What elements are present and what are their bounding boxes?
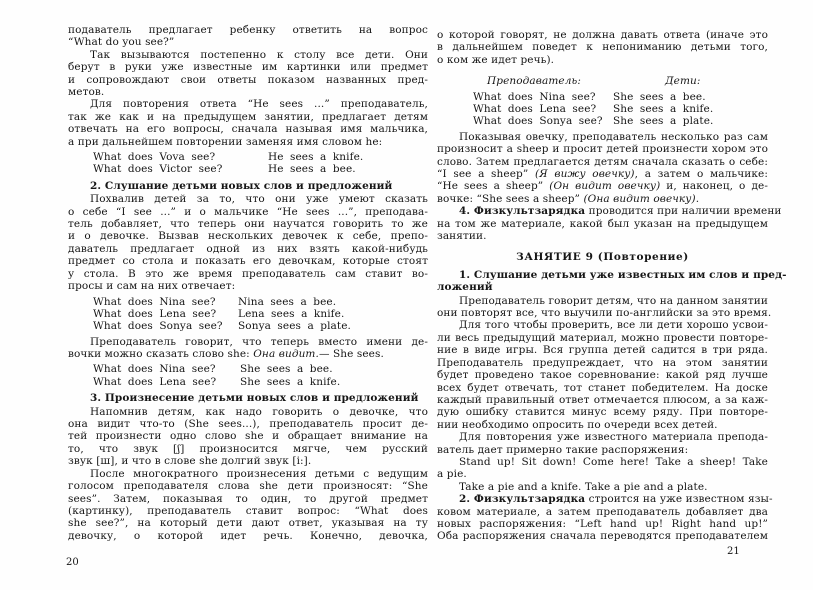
text-line: Так вызываются постепенно к столу все де… [68,49,428,61]
text-line: Преподаватель говорит детям, что на данн… [437,295,768,307]
paragraph: Показывая овечку, преподаватель нескольк… [437,131,768,205]
text-line: о которой говорят, не должна давать отве… [437,29,768,41]
italic-text: (Я вижу овечку) [535,168,635,180]
text-line: тей произнести одно слово she и обращает… [68,430,428,442]
text-line: “He sees a sheep” (Он видит овечку) и, н… [437,180,768,192]
italic-text: (Он видит овечку) [549,180,660,192]
text-line: ние в виде игры. Вся группа детей садитс… [437,344,768,356]
text-line: вочки можно сказать слово she: Она видит… [68,348,428,360]
text-segment: вочки можно сказать слово she: [68,348,253,360]
text-line: в дальнейшем поведет к непониманию детьм… [437,41,768,53]
paragraph: Похвалив детей за то, что они уже умеют … [68,193,428,292]
dialogue-question: What does Nina see? [93,296,216,308]
text-line: даватель предлагает одной из них взять к… [68,243,428,255]
dialogue-block: What does Nina see?She sees a bee.What d… [437,91,768,128]
bold-run-in-heading: 4. Физкультзарядка [459,205,585,217]
section-heading: 1. Слушание детьми уже известных им слов… [437,269,768,294]
paragraph: Преподаватель говорит, что теперь вместо… [68,336,428,361]
text-line: они повторят все, что выучили по-английс… [437,307,768,319]
dialogue-row: What does Sonya see?She sees a plate. [437,115,768,127]
text-segment: вочке: “She sees a sheep” [437,193,583,205]
text-line: на том же материале, какой был указан на… [437,218,768,230]
italic-text: (Она видит овечку) [583,193,695,205]
dialogue-answer: He sees a bee. [268,163,356,175]
dialogue-block: What does Vova see?He sees a knife.What … [68,151,428,176]
text-segment: “I see a sheep” [437,168,535,180]
text-line: то, что звук [ʃ] произносится мягче, чем… [68,443,428,455]
text-line: ватель дает примерно такие распоряжения: [437,444,768,456]
text-line: и сопровождают свои ответы показом назва… [68,74,428,86]
text-line: слово. Затем предлагается детям сначала … [437,156,768,168]
text-segment: проводится при наличии времени [585,205,781,217]
dialogue-row: What does Sonya see?Sonya sees a plate. [68,320,428,332]
paragraph: о которой говорят, не должна давать отве… [437,29,768,66]
children-column-label: Дети: [665,75,701,87]
text-line: подаватель предлагает ребенку ответить н… [68,24,428,36]
text-line: ложений [437,281,768,293]
text-line: голосом преподавателя слова she дети про… [68,480,428,492]
dialogue-question: What does Sonya see? [93,320,223,332]
dialogue-answer: She sees a plate. [613,115,713,127]
text-line: Stand up! Sit down! Come here! Take a sh… [437,456,768,468]
text-line: всех будет отвечать, тот станет победите… [437,382,768,394]
text-line: отвечать на его вопросы, сначала называя… [68,123,428,135]
text-line: и о девочке. Вызвав нескольких девочек к… [68,230,428,242]
text-line: произносит a sheep и просит детей произн… [437,143,768,155]
text-line: тель добавляет, что теперь они научатся … [68,218,428,230]
text-line: Оба распоряжения сначала переводятся пре… [437,530,768,542]
page-number-right: 21 [727,546,740,557]
text-line: новых распоряжения: “Left hand up! Right… [437,518,768,530]
text-line: у стола. В это же время преподаватель са… [68,268,428,280]
text-line: 2. Физкультзарядка строится на уже извес… [437,493,768,505]
paragraph: Так вызываются постепенно к столу все де… [68,49,428,99]
dialogue-answer: She sees a knife. [240,376,340,388]
dialogue-row: What does Lena see?She sees a knife. [68,376,428,388]
text-line: she see?”, на который дети дают ответ, у… [68,517,428,529]
text-line: Для повторения ответа “He sees ...” преп… [68,98,428,110]
dialogue-row: What does Nina see?Nina sees a bee. [68,296,428,308]
text-line: 4. Физкультзарядка проводится при наличи… [437,205,768,217]
dialogue-row: What does Lena see?She sees a knife. [437,103,768,115]
text-line: Для повторения уже известного материала … [437,431,768,443]
dialogue-block: What does Nina see?Nina sees a bee.What … [68,296,428,333]
text-line: a pie. [437,468,768,480]
text-line: вочке: “She sees a sheep” (Она видит ове… [437,193,768,205]
speaker-columns-header: Преподаватель:Дети: [437,75,768,87]
text-line: будет проведено такое соревнование: како… [437,369,768,381]
text-segment: , а затем о мальчике: [635,168,768,180]
text-line: каждый правильный ответ отмечается плюсо… [437,394,768,406]
text-line: дую ошибку ставится минус всему ряду. Пр… [437,406,768,418]
dialogue-row: What does Victor see?He sees a bee. [68,163,428,175]
section-heading: 2. Слушание детьми новых слов и предложе… [68,180,428,192]
paragraph: Stand up! Sit down! Come here! Take a sh… [437,456,768,481]
text-line: берут в руки уже известные им картинки и… [68,61,428,73]
text-segment: — She sees. [319,348,384,360]
text-line: sees”. Затем, показывая то один, то друг… [68,493,428,505]
dialogue-question: What does Lena see? [93,308,216,320]
text-line: ковом материале, а затем преподаватель д… [437,506,768,518]
dialogue-question: What does Lena see? [473,103,596,115]
text-line: Преподаватель предупреждает, что на этом… [437,357,768,369]
section-heading: 3. Произнесение детьми новых слов и пред… [68,392,428,404]
paragraph: Для повторения уже известного материала … [437,431,768,456]
dialogue-answer: She sees a bee. [613,91,706,103]
lesson-heading: ЗАНЯТИЕ 9 (Повторение) [437,251,768,263]
bold-run-in-heading: 2. Физкультзарядка [459,493,585,505]
text-line: “I see a sheep” (Я вижу овечку), а затем… [437,168,768,180]
text-segment: . [696,193,699,205]
italic-text: Она видит. [253,348,319,360]
page-right: о которой говорят, не должна давать отве… [437,29,768,543]
dialogue-row: What does Vova see?He sees a knife. [68,151,428,163]
dialogue-answer: She sees a knife. [613,103,713,115]
text-line: ли весь предыдущий материал, можно прове… [437,332,768,344]
paragraph: подаватель предлагает ребенку ответить н… [68,24,428,49]
text-line: (картинку), преподаватель ставит вопрос:… [68,505,428,517]
text-line: Похвалив детей за то, что они уже умеют … [68,193,428,205]
teacher-column-label: Преподаватель: [487,75,581,87]
text-line: 2. Слушание детьми новых слов и предложе… [68,180,428,192]
paragraph: Take a pie and a knife. Take a pie and a… [437,481,768,493]
dialogue-row: What does Lena see?Lena sees a knife. [68,308,428,320]
text-line: о ком же идет речь). [437,54,768,66]
paragraph: После многократного произнесения детьми … [68,468,428,542]
dialogue-question: What does Victor see? [93,163,222,175]
text-segment: и, наконец, о де- [660,180,768,192]
text-line: 3. Произнесение детьми новых слов и пред… [68,392,428,404]
text-line: просы и сам на них отвечает: [68,280,428,292]
text-line: предмет со стола и показать его девочкам… [68,255,428,267]
text-line: Показывая овечку, преподаватель нескольк… [437,131,768,143]
dialogue-question: What does Lena see? [93,376,216,388]
dialogue-row: What does Nina see?She sees a bee. [68,363,428,375]
text-line: занятии. [437,230,768,242]
dialogue-answer: Lena sees a knife. [238,308,344,320]
paragraph: Для того чтобы проверить, все ли дети хо… [437,319,768,431]
page-number-left: 20 [66,557,79,568]
text-line: так же как и на предыдущем занятии, пред… [68,111,428,123]
text-line: она видит что-то (She sees...), преподав… [68,418,428,430]
dialogue-answer: He sees a knife. [268,151,363,163]
paragraph: Для повторения ответа “He sees ...” преп… [68,98,428,148]
dialogue-answer: Nina sees a bee. [238,296,336,308]
text-line: а при дальнейшем повторении заменяя имя … [68,136,428,148]
text-line: метов. [68,86,428,98]
text-line: Take a pie and a knife. Take a pie and a… [437,481,768,493]
text-line: звук [ш], и что в слове she долгий звук … [68,455,428,467]
text-line: 1. Слушание детьми уже известных им слов… [437,269,768,281]
dialogue-question: What does Sonya see? [473,115,603,127]
dialogue-row: What does Nina see?She sees a bee. [437,91,768,103]
dialogue-question: What does Nina see? [473,91,596,103]
dialogue-question: What does Vova see? [93,151,215,163]
dialogue-question: What does Nina see? [93,363,216,375]
paragraph: 2. Физкультзарядка строится на уже извес… [437,493,768,543]
text-segment: строится на уже известном язы- [585,493,772,505]
text-line: нии необходимо опросить по очереди всех … [437,419,768,431]
text-line: о себе “I see ...” и о мальчике “He sees… [68,206,428,218]
dialogue-answer: She sees a bee. [240,363,333,375]
text-line: “What do you see?” [68,36,428,48]
text-segment: “He sees a sheep” [437,180,549,192]
text-line: Преподаватель говорит, что теперь вместо… [68,336,428,348]
paragraph: Напомнив детям, как надо говорить о дево… [68,406,428,468]
scanned-book-spread: подаватель предлагает ребенку ответить н… [0,0,813,590]
text-line: Напомнив детям, как надо говорить о дево… [68,406,428,418]
text-line: Для того чтобы проверить, все ли дети хо… [437,319,768,331]
text-line: После многократного произнесения детьми … [68,468,428,480]
text-line: девочку, о которой идет речь. Конечно, д… [68,530,428,542]
dialogue-block: What does Nina see?She sees a bee.What d… [68,363,428,388]
page-left: подаватель предлагает ребенку ответить н… [68,24,428,542]
paragraph: 4. Физкультзарядка проводится при наличи… [437,205,768,242]
dialogue-answer: Sonya sees a plate. [238,320,351,332]
paragraph: Преподаватель говорит детям, что на данн… [437,295,768,320]
